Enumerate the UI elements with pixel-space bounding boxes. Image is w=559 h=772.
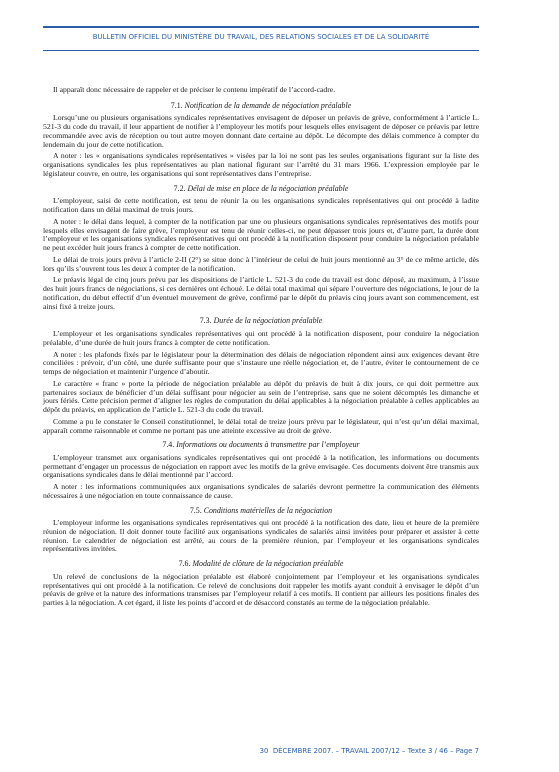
paragraph: Le caractère « franc » porte la période … [43,380,479,415]
paragraph: Un relevé de conclusions de la négociati… [43,573,479,608]
page-footer: 30 DÉCEMBRE 2007. – TRAVAIL 2007/12 – Te… [260,747,479,755]
paragraph: L’employeur et les organisations syndica… [43,330,479,347]
section-number: 7.6. [179,559,191,568]
section-heading-7-4: 7.4. Informations ou documents à transme… [43,441,479,450]
paragraph: Le délai de trois jours prévu à l’articl… [43,256,479,273]
paragraph: A noter : les informations communiquées … [43,483,479,500]
section-heading-7-6: 7.6. Modalité de clôture de la négociati… [43,560,479,569]
section-title: Notification de la demande de négociatio… [185,101,352,110]
section-title: Conditions matérielles de la négociation [204,506,332,515]
section-title: Délai de mise en place de la négociation… [187,184,348,193]
section-number: 7.2. [174,184,186,193]
paragraph: L’employeur, saisi de cette notification… [43,197,479,214]
document-body: Il apparaît donc nécessaire de rappeler … [43,86,479,611]
paragraph: Lorsqu’une ou plusieurs organisations sy… [43,114,479,149]
section-number: 7.4. [162,440,174,449]
header-rule-bottom [43,50,479,51]
header-rule-top [43,26,479,28]
paragraph: A noter : les plafonds fixés par le légi… [43,351,479,377]
section-number: 7.5. [190,506,202,515]
paragraph: A noter : le délai dans lequel, à compte… [43,218,479,253]
section-title: Informations ou documents à transmettre … [176,440,359,449]
section-title: Modalité de clôture de la négociation pr… [192,559,343,568]
section-title: Durée de la négociation préalable [214,316,323,325]
section-heading-7-5: 7.5. Conditions matérielles de la négoci… [43,507,479,516]
section-heading-7-2: 7.2. Délai de mise en place de la négoci… [43,185,479,194]
section-number: 7.3. [200,316,212,325]
section-heading-7-1: 7.1. Notification de la demande de négoc… [43,102,479,111]
paragraph: A noter : les « organisations syndicales… [43,152,479,178]
paragraph: Comme a pu le constater le Conseil const… [43,418,479,435]
paragraph: Le préavis légal de cinq jours prévu par… [43,276,479,311]
intro-paragraph: Il apparaît donc nécessaire de rappeler … [43,86,479,95]
document-page: BULLETIN OFFICIEL DU MINISTÈRE DU TRAVAI… [0,0,559,772]
section-number: 7.1. [171,101,183,110]
section-heading-7-3: 7.3. Durée de la négociation préalable [43,317,479,326]
paragraph: L’employeur informe les organisations sy… [43,519,479,554]
paragraph: L’employeur transmet aux organisations s… [43,454,479,480]
bulletin-header-title: BULLETIN OFFICIEL DU MINISTÈRE DU TRAVAI… [43,33,479,41]
